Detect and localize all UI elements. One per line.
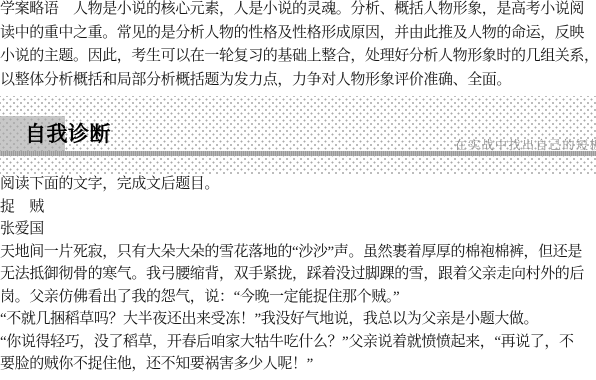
reading-instruction: 阅读下面的文字，完成文后题目。 — [0, 173, 596, 196]
study-guide-page: 学案略语 人物是小说的核心元素，人是小说的灵魂。分析、概括人物形象，是高考小说阅… — [0, 0, 596, 380]
banner-tagline: 在实战中找出自己的短板 — [454, 136, 596, 153]
story-line: “不就几捆稻草吗？大半夜还出来受冻！”我没好气地说，我总以为父亲是小题大做。 — [0, 308, 596, 331]
intro-line: 学案略语 人物是小说的核心元素，人是小说的灵魂。分析、概括人物形象，是高考小说阅 — [0, 0, 596, 22]
story-author: 张爱国 — [0, 218, 596, 241]
story-line: 无法抵御彻骨的寒气。我弓腰缩背，双手紧拢，踩着没过脚踝的雪，跟着父亲走向村外的后 — [0, 263, 596, 286]
self-diagnosis-banner: 自我诊断 在实战中找出自己的短板 — [0, 96, 596, 174]
story-line: “你说得轻巧，没了稻草，开春后咱家大牯牛吃什么？”父亲说着就愤愤起来，“再说了，… — [0, 331, 596, 354]
banner-title: 自我诊断 — [25, 118, 111, 148]
reading-passage: 阅读下面的文字，完成文后题目。 捉 贼 张爱国 天地间一片死寂，只有大朵大朵的雪… — [0, 173, 596, 376]
story-line: 岗。父亲仿佛看出了我的怨气，说：“今晚一定能捉住那个贼。” — [0, 286, 596, 309]
intro-paragraph: 学案略语 人物是小说的核心元素，人是小说的灵魂。分析、概括人物形象，是高考小说阅… — [0, 0, 596, 92]
intro-line: 以整体分析概括和局部分析概括题为发力点，力争对人物形象评价准确、全面。 — [0, 69, 596, 93]
story-line: 天地间一片死寂，只有大朵大朵的雪花落地的“沙沙”声。虽然裹着厚厚的棉袍棉裤，但还… — [0, 241, 596, 264]
story-line: 要脸的贼你不捉住他，还不知要祸害多少人呢！” — [0, 353, 596, 376]
intro-line: 读中的重中之重。常见的是分析人物的性格及性格形成原因，并由此推及人物的命运，反映 — [0, 22, 596, 46]
intro-line: 小说的主题。因此，考生可以在一轮复习的基础上整合，处理好分析人物形象时的几组关系… — [0, 45, 596, 69]
story-title: 捉 贼 — [0, 196, 596, 219]
